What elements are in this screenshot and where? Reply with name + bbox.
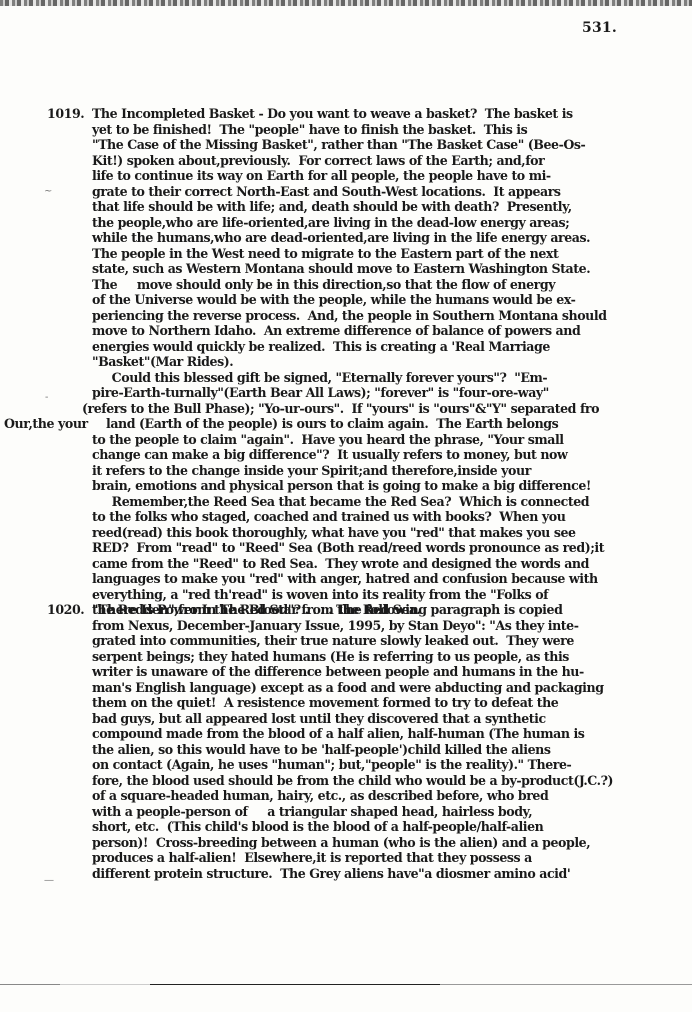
text-line: "Basket"(Mar Rides). [92, 354, 233, 369]
text-line: to the people to claim "again". Have you… [92, 432, 564, 447]
text-line: yet to be finished! The "people" have to… [92, 122, 527, 137]
text-line: "There Is Power In The Blood"? . . . . T… [92, 602, 562, 617]
text-line: with a people-person of a triangular sha… [92, 804, 532, 819]
text-line: person)! Cross-breeding between a human … [92, 835, 590, 850]
text-line: change can make a big difference"? It us… [92, 447, 567, 462]
text-line: man's English language) except as a food… [92, 680, 604, 695]
text-line: produces a half-alien! Elsewhere,it is r… [92, 850, 532, 865]
text-line: life to continue its way on Earth for al… [92, 168, 551, 183]
text-line: of a square-headed human, hairy, etc., a… [92, 788, 548, 803]
scan-edge-noise [0, 0, 692, 6]
text-line: Could this blessed gift be signed, "Eter… [92, 370, 547, 385]
text-line: "The Case of the Missing Basket", rather… [92, 137, 585, 152]
entry-number-1020: 1020. [47, 602, 84, 617]
text-line: Remember,the Reed Sea that became the Re… [92, 494, 589, 509]
text-line: the people,who are life-oriented,are liv… [92, 215, 569, 230]
text-line: energies would quickly be realized. This… [92, 339, 550, 354]
text-line: pire-Earth-turnally"(Earth Bear All Laws… [92, 385, 549, 400]
text-line: short, etc. (This child's blood is the b… [92, 819, 543, 834]
text-line: of the Universe would be with the people… [92, 292, 575, 307]
text-line: compound made from the blood of a half a… [92, 726, 584, 741]
text-line: to the folks who staged, coached and tra… [92, 509, 565, 524]
text-line: while the humans,who are dead-oriented,a… [92, 230, 590, 245]
scan-mark: — [44, 875, 54, 886]
text-line: periencing the reverse process. And, the… [92, 308, 607, 323]
scan-mark: - [45, 392, 48, 403]
text-line: that life should be with life; and, deat… [92, 199, 572, 214]
scan-mark: ~ [44, 186, 52, 197]
text-line: fore, the blood used should be from the … [92, 773, 613, 788]
text-line: reed(read) this book thoroughly, what ha… [92, 525, 576, 540]
text-line: the alien, so this would have to be 'hal… [92, 742, 551, 757]
text-line: languages to make you "red" with anger, … [92, 571, 598, 586]
text-line: different protein structure. The Grey al… [92, 866, 570, 881]
text-line: serpent beings; they hated humans (He is… [92, 649, 569, 664]
bottom-rule [0, 984, 692, 985]
text-line: land (Earth of the people) is ours to cl… [106, 416, 558, 431]
text-line: them on the quiet! A resistence movement… [92, 695, 558, 710]
text-line: state, such as Western Montana should mo… [92, 261, 590, 276]
text-line: everything, a "red th'read" is woven int… [92, 587, 548, 602]
text-line: writer is unaware of the difference betw… [92, 664, 584, 679]
text-line: on contact (Again, he uses "human"; but,… [92, 757, 571, 772]
text-line: move to Northern Idaho. An extreme diffe… [92, 323, 580, 338]
text-line: grated into communities, their true natu… [92, 633, 574, 648]
text-line: grate to their correct North-East and So… [92, 184, 561, 199]
margin-prefix: Our,the your [4, 416, 88, 431]
text-line: brain, emotions and physical person that… [92, 478, 591, 493]
text-line: The move should only be in this directio… [92, 277, 555, 292]
entry-number-1019: 1019. [47, 106, 84, 121]
page-number: 531. [582, 20, 617, 36]
text-line: came from the "Reed" to Red Sea. They wr… [92, 556, 589, 571]
text-line: The Incompleted Basket - Do you want to … [92, 106, 573, 121]
text-line: RED? From "read" to "Reed" Sea (Both rea… [92, 540, 604, 555]
text-line: from Nexus, December-January Issue, 1995… [92, 618, 579, 633]
text-line: Kit!) spoken about,previously. For corre… [92, 153, 544, 168]
text-line: The people in the West need to migrate t… [92, 246, 558, 261]
text-line: it refers to the change inside your Spir… [92, 463, 531, 478]
text-line: bad guys, but all appeared lost until th… [92, 711, 546, 726]
text-line: (refers to the Bull Phase); "Yo-ur-ours"… [82, 401, 599, 416]
